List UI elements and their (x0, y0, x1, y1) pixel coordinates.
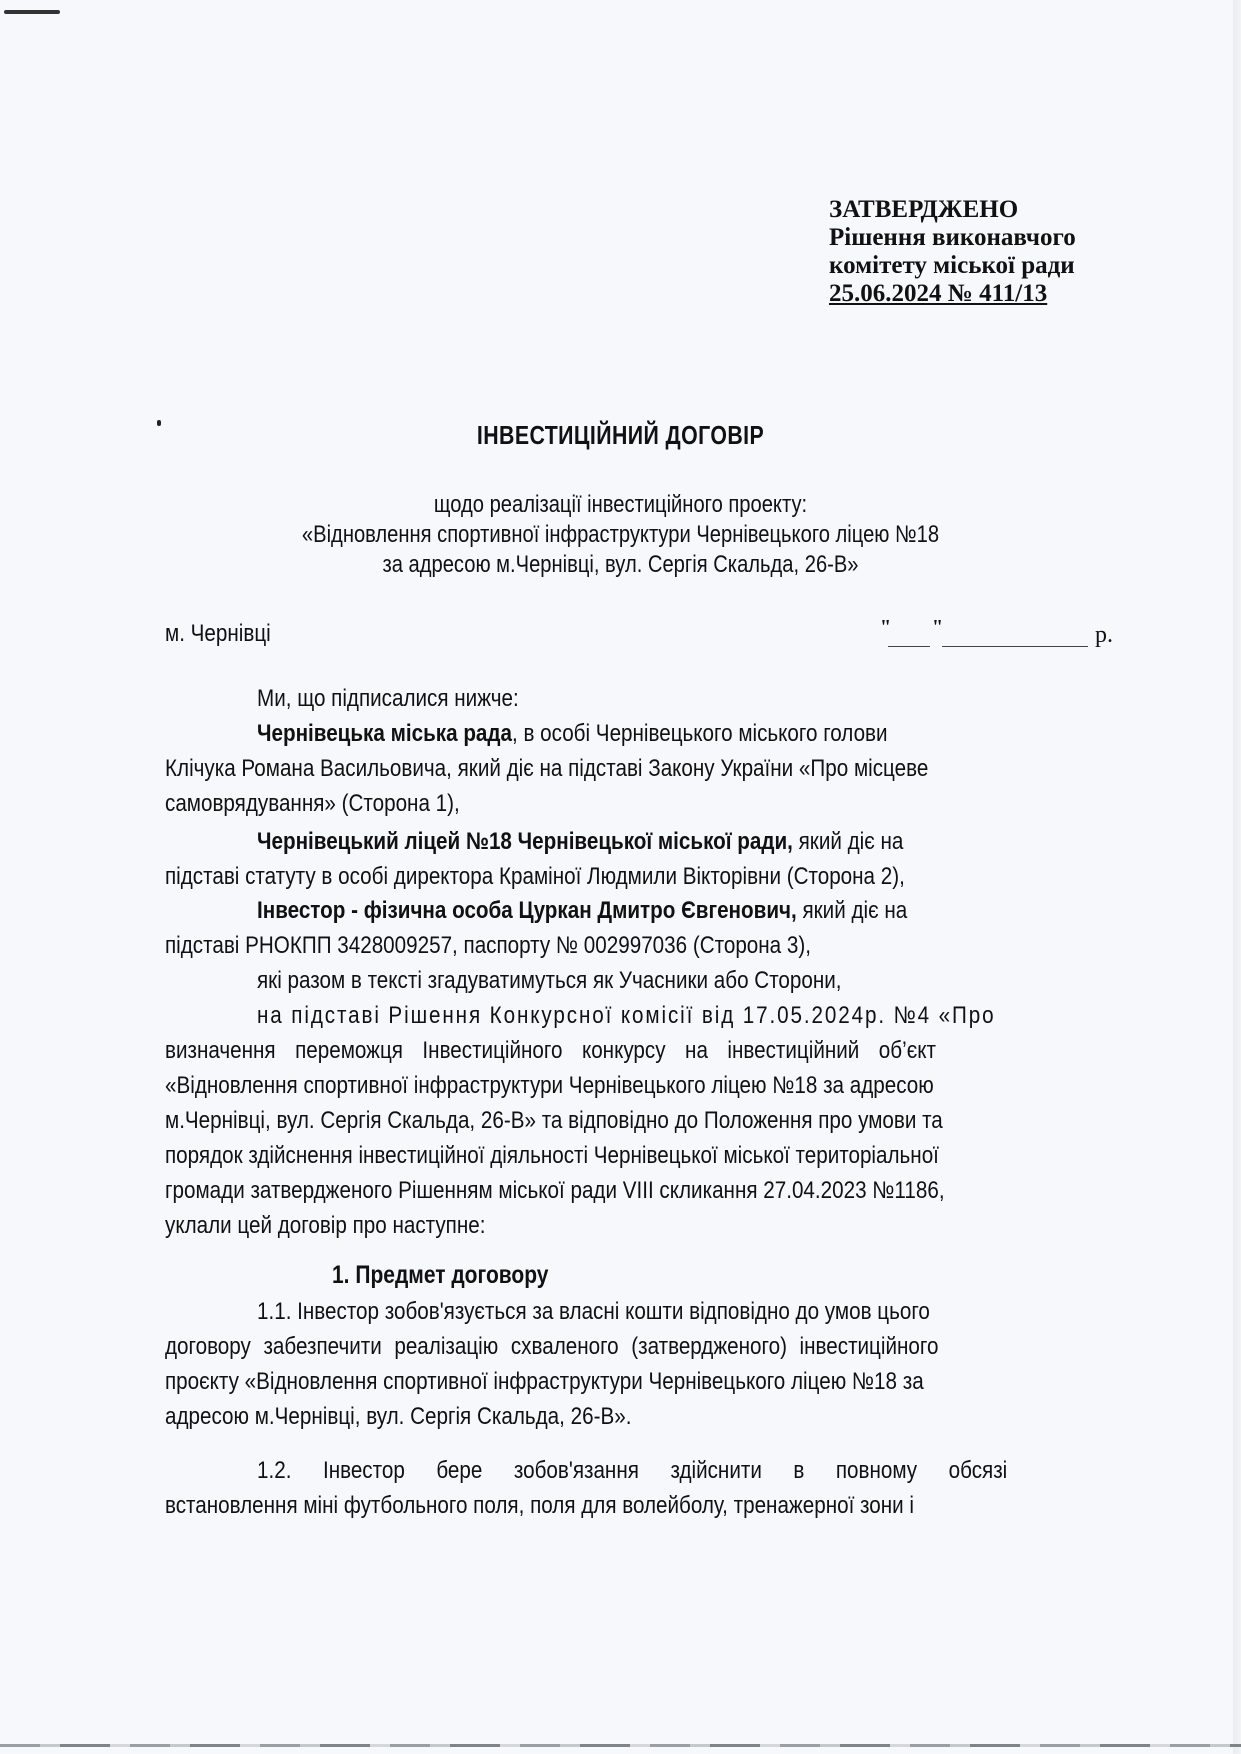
date-blank: " " р. (880, 616, 1180, 650)
place: м. Чернівці (165, 620, 271, 648)
party2-line-1-rest: який діє на (793, 828, 904, 855)
document-title: ІНВЕСТИЦІЙНИЙ ДОГОВІР (112, 420, 1130, 451)
subtitle-line-3: за адресою м.Чернівці, вул. Сергія Скаль… (99, 550, 1141, 580)
subtitle-line-2: «Відновлення спортивної інфраструктури Ч… (99, 520, 1141, 550)
basis-line-6: громади затвердженого Рішенням міської р… (165, 1177, 945, 1205)
basis-line-7: уклали цей договір про наступне: (165, 1212, 485, 1240)
clause-1-1-line-1: 1.1. Інвестор зобов'язується за власні к… (257, 1298, 930, 1326)
party1-line-1-rest: , в особі Чернівецького міського голови (512, 720, 888, 747)
scan-mark (4, 10, 60, 14)
approval-line-2: Рішення виконавчого (829, 224, 1076, 252)
basis-line-3: «Відновлення спортивної інфраструктури Ч… (165, 1072, 934, 1100)
party2-line-1: Чернівецький ліцей №18 Чернівецької місь… (257, 828, 903, 856)
approval-stamp: ЗАТВЕРДЖЕНО Рішення виконавчого комітету… (829, 196, 1076, 308)
party3-line-1-rest: який діє на (797, 897, 908, 924)
party2-line-2: підставі статуту в особі директора Крамі… (165, 863, 905, 891)
party3-name: Інвестор - фізична особа Цуркан Дмитро Є… (257, 897, 797, 924)
clause-1-1-line-4: адресою м.Чернівці, вул. Сергія Скальда,… (165, 1403, 631, 1431)
clause-1-2-line-1: 1.2. Інвестор бере зобов'язання здійснит… (257, 1457, 1007, 1485)
page-right-edge (1233, 0, 1241, 1754)
together-line: які разом в тексті згадуватимуться як Уч… (257, 967, 842, 995)
basis-line-4: м.Чернівці, вул. Сергія Скальда, 26-В» т… (165, 1107, 943, 1135)
party1-line-2: Клічука Романа Васильовича, який діє на … (165, 755, 928, 783)
clause-1-1-line-3: проєкту «Відновлення спортивної інфрастр… (165, 1368, 924, 1396)
month-blank-line (942, 646, 1088, 647)
date-quote-open: " (880, 616, 891, 639)
basis-line-5: порядок здійснення інвестиційної діяльно… (165, 1142, 939, 1170)
clause-1-2-line-2: встановлення міні футбольного поля, поля… (165, 1492, 914, 1520)
page-bottom-edge (0, 1744, 1241, 1747)
party1-name: Чернівецька міська рада (257, 720, 512, 747)
basis-line-2: визначення переможця Інвестиційного конк… (165, 1037, 936, 1065)
date-quote-close: " (932, 616, 943, 639)
section-1-heading: 1. Предмет договору (332, 1261, 548, 1290)
approval-line-4: 25.06.2024 № 411/13 (829, 280, 1076, 308)
party1-line-3: самоврядування» (Сторона 1), (165, 790, 460, 818)
basis-line-1: на підставі Рішення Конкурсної комісії в… (257, 1002, 996, 1030)
signed-below: Ми, що підписалися нижче: (257, 685, 519, 713)
day-blank-line (888, 646, 930, 647)
party3-line-2: підставі РНОКПП 3428009257, паспорту № 0… (165, 932, 811, 960)
document-subtitle: щодо реалізації інвестиційного проекту: … (99, 490, 1141, 580)
approval-line-1: ЗАТВЕРДЖЕНО (829, 196, 1076, 224)
party3-line-1: Інвестор - фізична особа Цуркан Дмитро Є… (257, 897, 907, 925)
subtitle-line-1: щодо реалізації інвестиційного проекту: (99, 490, 1141, 520)
clause-1-1-line-2: договору забезпечити реалізацію схвалено… (165, 1333, 938, 1361)
approval-line-3: комітету міської ради (829, 252, 1076, 280)
party2-name: Чернівецький ліцей №18 Чернівецької місь… (257, 828, 793, 855)
year-suffix: р. (1095, 622, 1113, 649)
party1-line-1: Чернівецька міська рада, в особі Черніве… (257, 720, 888, 748)
